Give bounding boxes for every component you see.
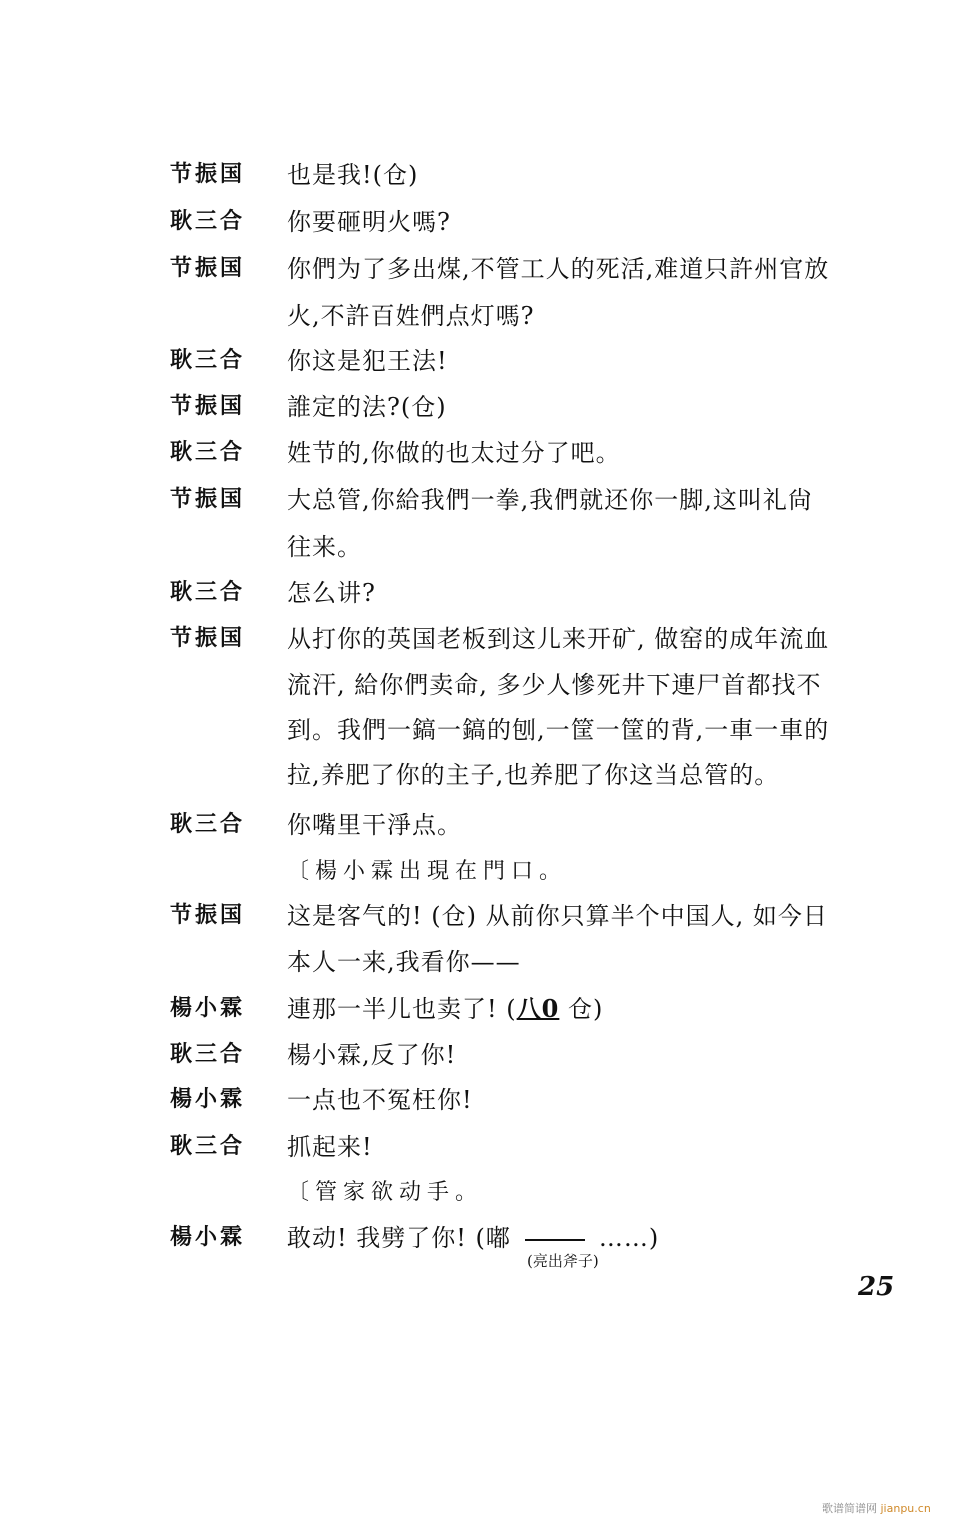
dialogue-text: 大总管,你給我們一拳,我們就还你一脚,这叫礼尙 xyxy=(287,480,927,520)
dialogue-line: 耿三合 你嘴里干淨点。 xyxy=(0,805,974,845)
dialogue-text: 这是客气的! (仓) 从前你只算半个中国人, 如今日 xyxy=(287,896,927,936)
dialogue-text: 本人一来,我看你—— xyxy=(287,942,927,982)
dialogue-text-main: 敢动! 我劈了你! (嘟 xyxy=(287,1224,511,1252)
dialogue-text: 你們为了多出煤,不管工人的死活,难道只許州官放 xyxy=(287,249,927,289)
dialogue-text: 你要砸明火嗎? xyxy=(287,202,927,242)
dialogue-line: 耿三合 姓节的,你做的也太过分了吧。 xyxy=(0,433,974,473)
stage-direction-text: 〔管家欲动手。 xyxy=(287,1173,927,1213)
dialogue-continuation: 到。我們一鎬一鎬的刨,一筐一筐的背,一車一車的 xyxy=(0,710,974,750)
dialogue-line: 节振国 大总管,你給我們一拳,我們就还你一脚,这叫礼尙 xyxy=(0,480,974,520)
speaker-name: 节振国 xyxy=(170,619,270,659)
rhythm-notation: 八0 xyxy=(517,994,560,1023)
watermark-en: jianpu.cn xyxy=(881,1502,931,1515)
dialogue-continuation: 火,不許百姓們点灯嗎? xyxy=(0,296,974,336)
speaker-name: 节振国 xyxy=(170,155,270,195)
speaker-name: 耿三合 xyxy=(170,202,270,242)
dialogue-text: 抓起来! xyxy=(287,1127,927,1167)
script-page: 节振国 也是我!(仓) 耿三合 你要砸明火嗎? 节振国 你們为了多出煤,不管工人… xyxy=(0,0,974,1524)
stage-direction: 〔楊小霖出現在門口。 xyxy=(0,852,974,892)
dialogue-line: 节振国 你們为了多出煤,不管工人的死活,难道只許州官放 xyxy=(0,249,974,289)
speaker-name: 楊小霖 xyxy=(170,989,270,1029)
dialogue-text: 从打你的英国老板到这儿来开矿, 做窑的成年流血 xyxy=(287,619,927,659)
speaker-name: 节振国 xyxy=(170,896,270,936)
dialogue-text-after: ……) xyxy=(599,1224,659,1252)
dialogue-line: 耿三合 你要砸明火嗎? xyxy=(0,202,974,242)
dialogue-text: 到。我們一鎬一鎬的刨,一筐一筐的背,一車一車的 xyxy=(287,710,927,750)
dialogue-text: 流汗, 給你們卖命, 多少人慘死井下連尸首都找不 xyxy=(287,665,927,705)
dialogue-text: 也是我!(仓) xyxy=(287,155,927,195)
speaker-name: 耿三合 xyxy=(170,1035,270,1075)
dialogue-text: 往来。 xyxy=(287,527,927,567)
speaker-name: 耿三合 xyxy=(170,433,270,473)
speaker-name: 节振国 xyxy=(170,387,270,427)
dialogue-line: 耿三合 楊小霖,反了你! xyxy=(0,1035,974,1075)
action-note: (亮出斧子) xyxy=(527,1250,599,1271)
speaker-name: 耿三合 xyxy=(170,341,270,381)
dialogue-line: 耿三合 怎么讲? xyxy=(0,573,974,613)
dialogue-text: 火,不許百姓們点灯嗎? xyxy=(287,296,927,336)
sustain-dash xyxy=(525,1239,585,1241)
dialogue-line: 节振国 也是我!(仓) xyxy=(0,155,974,195)
dialogue-line: 节振国 从打你的英国老板到这儿来开矿, 做窑的成年流血 xyxy=(0,619,974,659)
dialogue-continuation: 本人一来,我看你—— xyxy=(0,942,974,982)
dialogue-text-after: 仓) xyxy=(559,995,603,1023)
speaker-name: 楊小霖 xyxy=(170,1218,270,1258)
dialogue-text: 楊小霖,反了你! xyxy=(287,1035,927,1075)
speaker-name: 楊小霖 xyxy=(170,1080,270,1120)
dialogue-line: 耿三合 抓起来! xyxy=(0,1127,974,1167)
dialogue-line: 楊小霖 連那一半儿也卖了! (八0 仓) xyxy=(0,989,974,1029)
speaker-name: 耿三合 xyxy=(170,573,270,613)
dialogue-text-main: 連那一半儿也卖了! ( xyxy=(287,995,517,1023)
dialogue-text: 一点也不冤枉你! xyxy=(287,1080,927,1120)
stage-direction: 〔管家欲动手。 xyxy=(0,1173,974,1213)
watermark: 歌谱简谱网 jianpu.cn xyxy=(822,1500,931,1516)
dialogue-line: 节振国 这是客气的! (仓) 从前你只算半个中国人, 如今日 xyxy=(0,896,974,936)
dialogue-text: 敢动! 我劈了你! (嘟……) xyxy=(287,1218,927,1258)
speaker-name: 节振国 xyxy=(170,249,270,289)
dialogue-text: 怎么讲? xyxy=(287,573,927,613)
speaker-name: 耿三合 xyxy=(170,805,270,845)
dialogue-line: 耿三合 你这是犯王法! xyxy=(0,341,974,381)
page-number: 25 xyxy=(858,1272,894,1302)
dialogue-text: 連那一半儿也卖了! (八0 仓) xyxy=(287,989,927,1029)
dialogue-continuation: 流汗, 給你們卖命, 多少人慘死井下連尸首都找不 xyxy=(0,665,974,705)
dialogue-continuation: 往来。 xyxy=(0,527,974,567)
watermark-cn: 歌谱简谱网 xyxy=(822,1502,877,1515)
dialogue-continuation: 拉,养肥了你的主子,也养肥了你这当总管的。 xyxy=(0,755,974,795)
dialogue-text: 拉,养肥了你的主子,也养肥了你这当总管的。 xyxy=(287,755,927,795)
dialogue-line: 楊小霖 一点也不冤枉你! xyxy=(0,1080,974,1120)
dialogue-text: 誰定的法?(仓) xyxy=(287,387,927,427)
dialogue-text: 你嘴里干淨点。 xyxy=(287,805,927,845)
dialogue-text: 你这是犯王法! xyxy=(287,341,927,381)
dialogue-text: 姓节的,你做的也太过分了吧。 xyxy=(287,433,927,473)
speaker-name: 耿三合 xyxy=(170,1127,270,1167)
dialogue-line: 节振国 誰定的法?(仓) xyxy=(0,387,974,427)
dialogue-line: 楊小霖 敢动! 我劈了你! (嘟……) xyxy=(0,1218,974,1258)
stage-direction-text: 〔楊小霖出現在門口。 xyxy=(287,852,927,892)
speaker-name: 节振国 xyxy=(170,480,270,520)
